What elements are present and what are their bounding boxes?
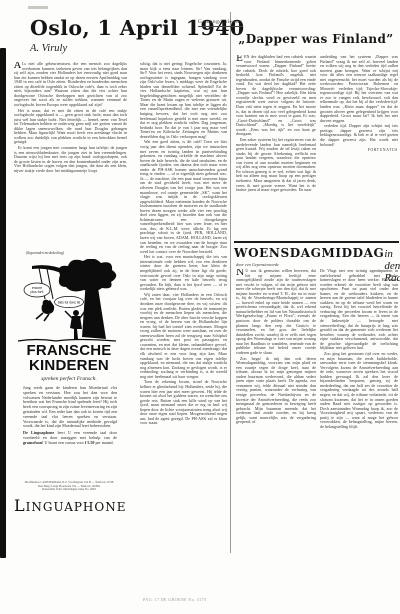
dapper-column-1: EEN der dagbladen had een rubriek waarin…: [236, 55, 316, 242]
ad-gramofoon-bold: gramofoon!: [23, 440, 43, 445]
ad-body-p2: De Linguaphone leert U een vreemde taal …: [23, 431, 117, 445]
section-divider: [234, 241, 399, 243]
ad-price: f 5.50: [85, 440, 95, 445]
raad-column-1: NU zou ik geenszins willen beweren, dat …: [236, 269, 316, 553]
oslo-column-1: ALs niet alle gebeurtenissen, die een me…: [14, 62, 127, 245]
ad-address-block: Hoofdkantoor: AMSTERDAM, N.Z. Voorburgwa…: [16, 481, 122, 492]
dapper-col1-p1: EN der dagbladen had een rubriek waarin …: [236, 55, 316, 136]
swing-rope: [47, 269, 53, 299]
standing-child-body: [70, 316, 82, 339]
page-footer: PAG. 17 DE GROENE No. 3175: [143, 597, 206, 602]
oslo-col2-p2: Wat een goed zitten, is dit café! Toen w…: [140, 140, 227, 254]
scan-edge-bar: [0, 48, 6, 558]
oslo-col2-p1: schtig, dat is niet gering: Engelsche co…: [140, 62, 227, 139]
ad-cartoon-swing-tree: encore plus fort! bats-toi donc là!: [16, 259, 118, 343]
dapper-col1-p2: Een zeker systeem bij het registreeren v…: [236, 138, 316, 193]
dropcap-a: A: [14, 62, 22, 70]
article-title-dapper: „Dapper was Finland”: [234, 32, 398, 46]
oslo-col2-p5: Toen de rekening kwam, stond de Noorsche…: [140, 380, 227, 425]
raad-title-main: WOENSDAGMIDDAG: [234, 246, 384, 260]
dropcap-n: N: [236, 269, 245, 277]
raad-column-2: De Vlugt niet een twintig agendapunten i…: [320, 269, 398, 553]
speech-bubble-2-text: bats-toi donc là!: [58, 300, 81, 304]
raad-byline: door een Gepensioneerde: [236, 262, 279, 267]
ad-subline: spreken perfect Fransch.: [18, 376, 120, 382]
oslo-col1-p3: Er komt een jongen met couranten langs h…: [14, 146, 127, 173]
ad-body-p2-end: per maand.: [94, 440, 113, 445]
section-label-gemengd-nieuws: Gemengd nieuws: [198, 19, 243, 27]
raad-col2-p2: Zoo ging het geruimen tijd over en weder…: [320, 352, 398, 429]
oslo-col1-p2: Het is maar, dat er met dit zitten in di…: [14, 109, 127, 145]
raad-col1-p2: Zoo begaf ik mij dan ook dezen Woensdagm…: [236, 357, 316, 425]
dropcap-e: E: [236, 55, 244, 63]
ad-logo-linguaphone: LINGUAPHONE: [14, 496, 124, 515]
dapper-column-2: aanleiding van het systeem „Dapper was F…: [320, 55, 398, 242]
oslo-col2-p4: Wij zaten daar, vier Hollanders in een O…: [140, 293, 227, 379]
standing-child-arm: [65, 311, 72, 318]
raad-col1-p1: U zou ik geenszins willen beweren, dat h…: [236, 269, 316, 355]
standing-child-head: [73, 310, 79, 316]
ad-body-p1: Jong reeds gaan de kinderen hun Moederta…: [23, 386, 117, 429]
dapper-signature: Fortunatus: [320, 148, 398, 153]
swinging-child-leg: [36, 313, 43, 319]
ad-notice: (Ingezonden mededeeling): [26, 251, 64, 255]
oslo-col2-p3: Het is wat, voor een maatschappij die ie…: [140, 255, 227, 291]
dapper-col2-p2: verleden tijd. Dapper zijn schijnt mij i…: [320, 124, 398, 147]
oslo-column-2: schtig, dat is niet gering: Engelsche co…: [140, 62, 227, 553]
speech-bubble-1-text2: plus fort!: [30, 290, 43, 294]
newspaper-page: Oslo, 1 April 1940 A. Viruly ALs niet al…: [0, 0, 400, 614]
oslo-col1-p1: Ls niet alle gebeurtenissen, die een men…: [14, 62, 127, 107]
raad-col2-p1: De Vlugt niet een twintig agendapunten i…: [320, 269, 398, 351]
ad-body: Jong reeds gaan de kinderen hun Moederta…: [23, 386, 117, 446]
ad-body-p2-tail: U huurt een cursus voor: [43, 440, 84, 445]
scan-smudge: [28, 6, 48, 9]
ad-address-3: Rotterdam: Telef. inlichtingen onder No.…: [16, 488, 122, 492]
swinging-child-leg: [44, 314, 49, 321]
ad-headline-kinderen: KINDEREN: [18, 359, 120, 374]
dapper-col2-p1: aanleiding van het systeem „Dapper was F…: [320, 55, 398, 123]
grass-line: [18, 340, 116, 342]
article-byline-viruly: A. Viruly: [30, 43, 67, 54]
column-rule: [230, 12, 231, 553]
